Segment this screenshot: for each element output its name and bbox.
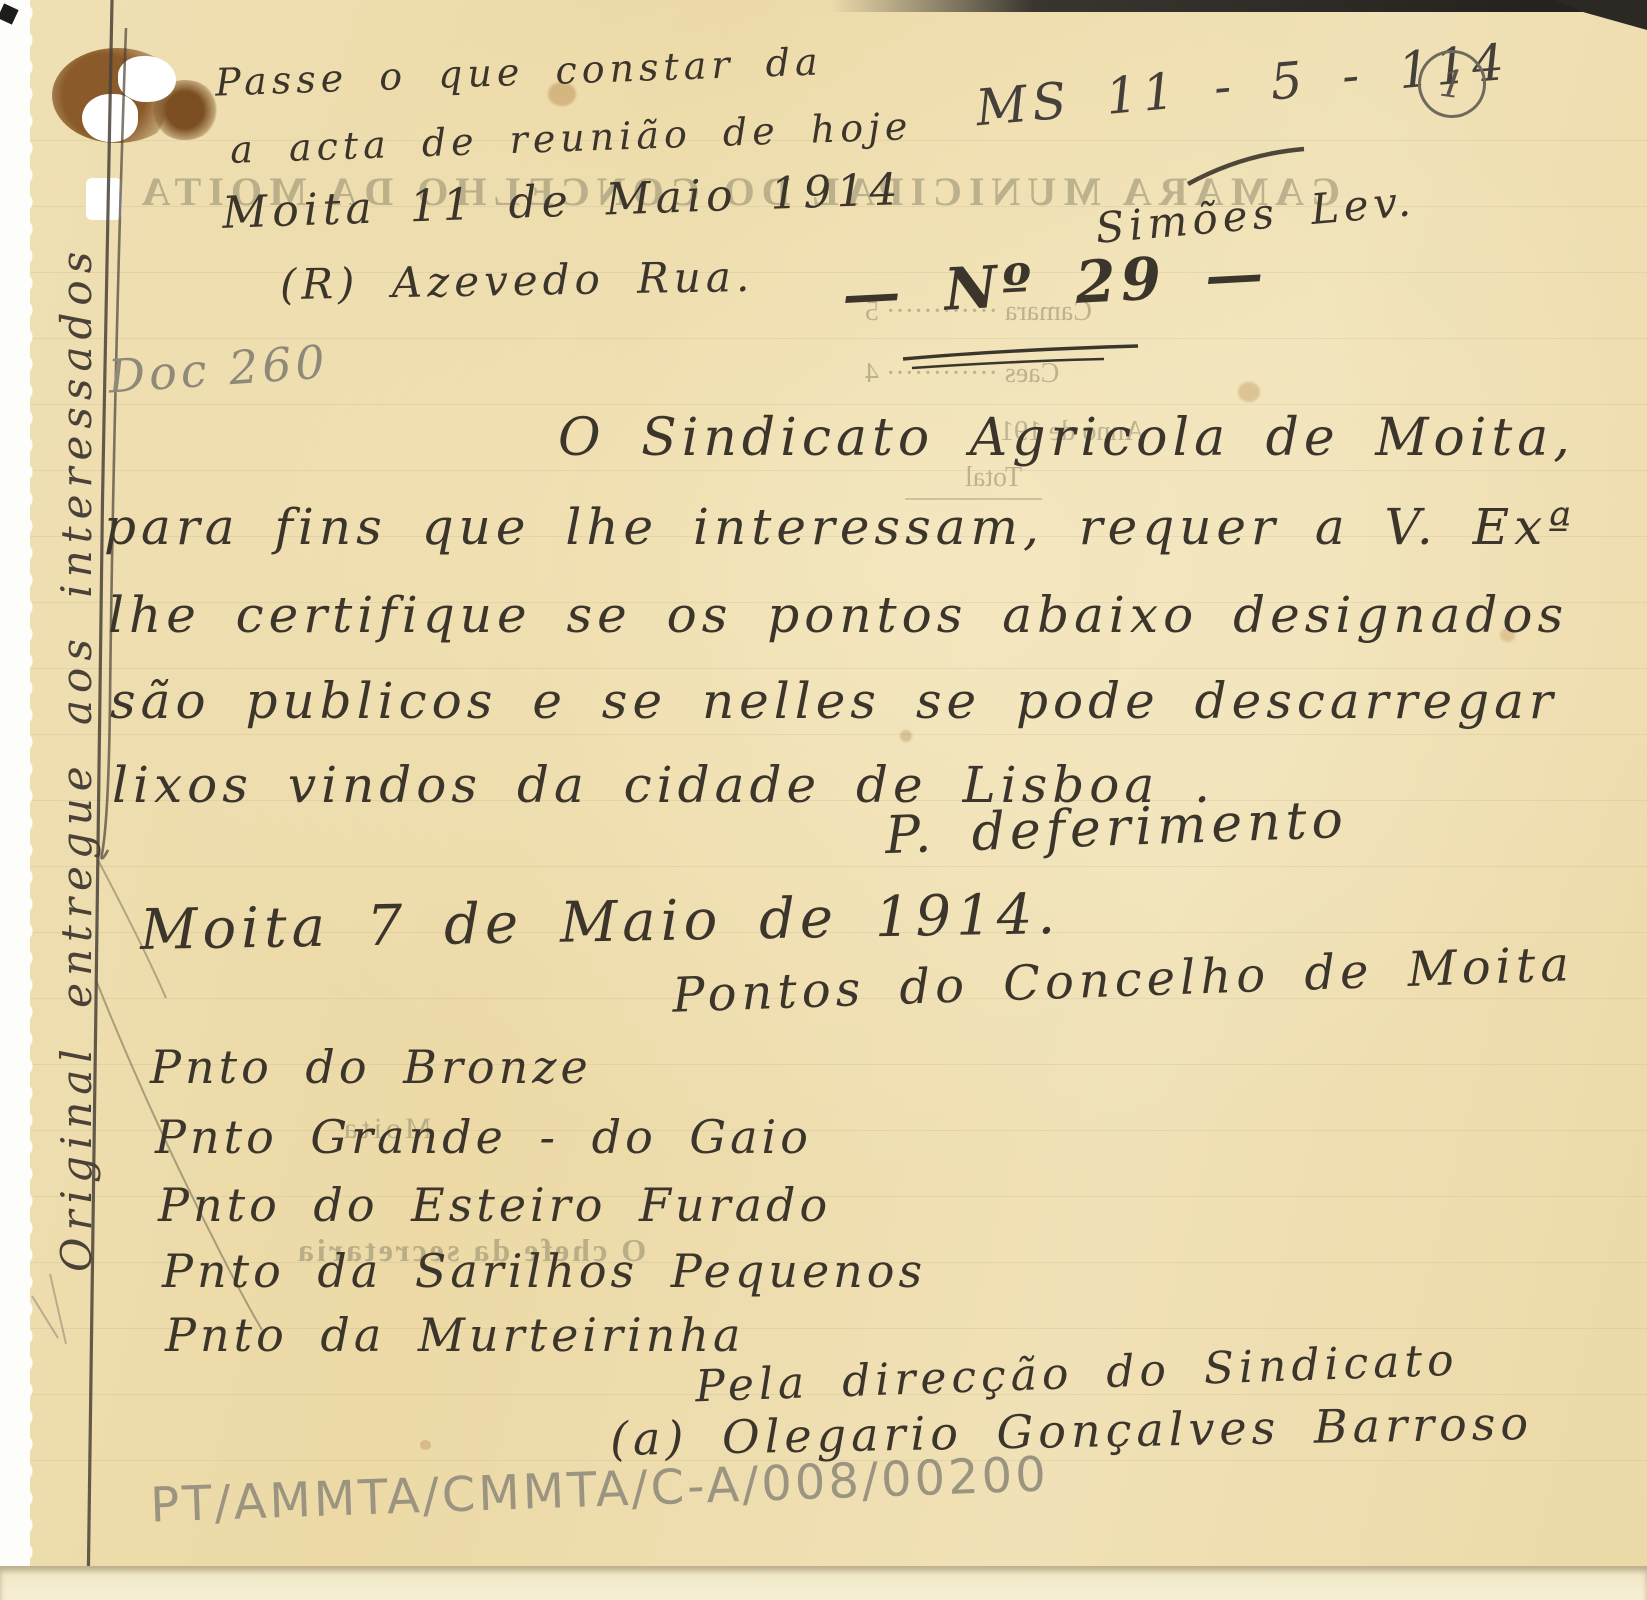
page-bottom-edge (0, 1566, 1647, 1600)
point-item-4: Pnto da Sarilhos Pequenos (162, 1244, 926, 1298)
foxing-spot-4 (900, 730, 912, 742)
punch-hole (86, 178, 122, 220)
margin-note: Original entregue aos interessados (52, 245, 101, 1272)
torn-hole (118, 56, 176, 102)
point-item-1: Pnto do Bronze (150, 1040, 592, 1094)
body-line-4: são publicos e se nelles se pode descarr… (110, 672, 1558, 730)
point-item-3: Pnto do Esteiro Furado (158, 1178, 831, 1232)
page-number: 1 (1437, 61, 1467, 108)
perforated-edge (20, 0, 42, 1600)
body-line-3: lhe certifique se os pontos abaixo desig… (108, 586, 1568, 644)
foxing-spot-2 (1238, 382, 1260, 402)
despacho-line-4: (R) Azevedo Rua. (280, 252, 755, 309)
point-item-2: Pnto Grande - do Gaio (155, 1110, 812, 1164)
scan-top-shadow (830, 0, 1647, 12)
bleedthrough-row-caes: Caes ············ 4 (865, 358, 1059, 390)
body-line-2: para fins que lhe interessam, requer a V… (104, 498, 1576, 556)
point-item-5: Pnto da Murteirinha (165, 1308, 744, 1362)
torn-hole-2 (82, 94, 138, 142)
scanned-document: CAMARA MUNICIPAL DO CONCELHO DA MOITA Ca… (0, 0, 1647, 1600)
body-line-1: O Sindicato Agricola de Moita, (558, 408, 1575, 468)
foxing-spot-5 (420, 1440, 431, 1450)
